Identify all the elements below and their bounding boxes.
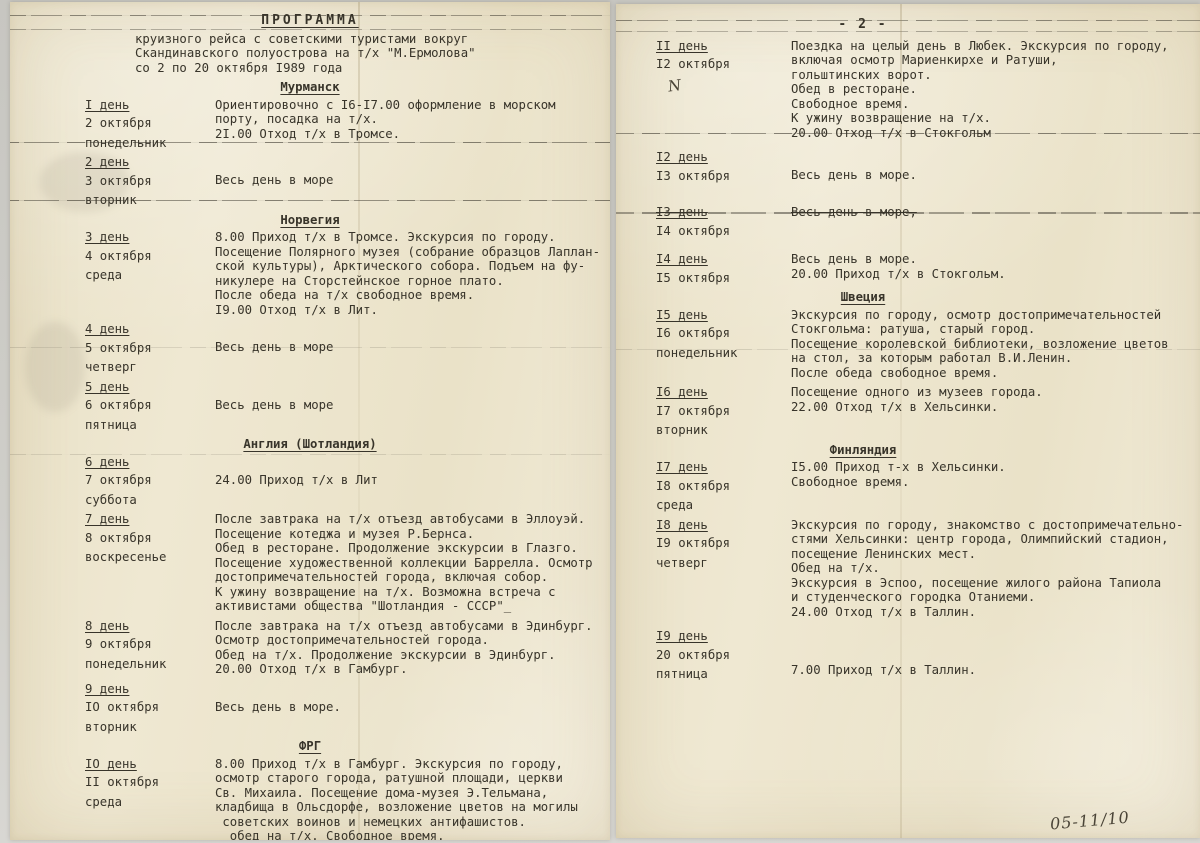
date-label: I4 октября: [656, 224, 791, 239]
date-label: 7 октября: [85, 473, 215, 488]
description-line: Обед в ресторане. Продолжение экскурсии …: [215, 541, 610, 556]
entry-dates: I4 деньI5 октября: [656, 252, 791, 285]
day-number: 3 день: [85, 230, 215, 245]
day-number: I8 день: [656, 518, 791, 533]
description-line: 8.00 Приход т/х в Тромсе. Экскурсия по г…: [215, 230, 610, 245]
day-description: Весь день в море: [215, 155, 610, 208]
day-description: Ориентировочно с I6-I7.00 оформление в м…: [215, 98, 610, 151]
weekday-label: вторник: [85, 720, 215, 735]
handwritten-mark: N: [667, 76, 693, 94]
date-label: 3 октября: [85, 174, 215, 189]
schedule-entry: 3 день4 октябрясреда8.00 Приход т/х в Тр…: [10, 230, 610, 317]
entry-dates: 2 день3 октябрявторник: [85, 155, 215, 208]
weekday-label: вторник: [85, 193, 215, 208]
weekday-label: пятница: [85, 418, 215, 433]
schedule-entry: 7 день8 октябрявоскресеньеПосле завтрака…: [10, 512, 610, 614]
description-line: Экскурсия в Эспоо, посещение жилого райо…: [791, 576, 1200, 591]
description-line: гольштинских ворот.: [791, 68, 1200, 83]
description-line: обед на т/х. Свободное время.: [215, 829, 610, 840]
date-label: I9 октября: [656, 536, 791, 551]
day-description: После завтрака на т/х отъезд автобусами …: [215, 512, 610, 614]
entry-dates: I7 деньI8 октябрясреда: [656, 460, 791, 513]
description-line: посещение Ленинских мест.: [791, 547, 1200, 562]
day-number: I2 день: [656, 150, 791, 165]
description-line: После обеда на т/х свободное время.: [215, 288, 610, 303]
day-number: 8 день: [85, 619, 215, 634]
subtitle-line: Скандинавского полуострова на т/х "М.Ерм…: [135, 46, 610, 61]
date-label: IO октября: [85, 700, 215, 715]
day-description: 8.00 Приход т/х в Гамбург. Экскурсия по …: [215, 757, 610, 841]
description-line: Посещение Полярного музея (собрание обра…: [215, 245, 610, 260]
description-line: 20.00 Отход т/х в Гамбург.: [215, 662, 610, 677]
entry-dates: 4 день5 октябрячетверг: [85, 322, 215, 375]
description-line: К ужину возвращение на т/х.: [791, 111, 1200, 126]
weekday-label: вторник: [656, 423, 791, 438]
day-description: Экскурсия по городу, осмотр достопримеча…: [791, 308, 1200, 381]
entry-dates: IO деньII октябрясреда: [85, 757, 215, 841]
description-line: порту, посадка на т/х.: [215, 112, 610, 127]
entry-dates: 8 день9 октябряпонедельник: [85, 619, 215, 677]
section-heading: Англия (Шотландия): [10, 437, 610, 452]
date-label: I2 октября: [656, 57, 791, 72]
description-line: Весь день в море.: [215, 700, 610, 715]
description-line: Весь день в море.: [791, 168, 1200, 183]
description-line: 24.00 Приход т/х в Лит: [215, 473, 610, 488]
weekday-label: понедельник: [85, 657, 215, 672]
day-number: IO день: [85, 757, 215, 772]
description-line: Весь день в море.: [791, 252, 1200, 267]
date-label: 9 октября: [85, 637, 215, 652]
day-number: 5 день: [85, 380, 215, 395]
entry-dates: I2 деньI3 октября: [656, 150, 791, 183]
day-description: 24.00 Приход т/х в Лит: [215, 455, 610, 508]
description-line: 22.00 Отход т/х в Хельсинки.: [791, 400, 1200, 415]
entry-dates: 6 день7 октябрясуббота: [85, 455, 215, 508]
description-line: Весь день в море: [215, 398, 610, 413]
entry-dates: I день2 октябряпонедельник: [85, 98, 215, 151]
description-line: I5.00 Приход т-х в Хельсинки.: [791, 460, 1200, 475]
description-line: Посещение королевской библиотеки, возлож…: [791, 337, 1200, 352]
description-line: После завтрака на т/х отъезд автобусами …: [215, 619, 610, 634]
weekday-label: среда: [656, 498, 791, 513]
date-label: 4 октября: [85, 249, 215, 264]
weekday-label: среда: [85, 268, 215, 283]
weekday-label: понедельник: [656, 346, 791, 361]
date-label: II октября: [85, 775, 215, 790]
day-number: I4 день: [656, 252, 791, 267]
description-line: никулере на Сторстейнское горное плато.: [215, 274, 610, 289]
description-line: ской культуры), Арктического собора. Под…: [215, 259, 610, 274]
date-label: 2 октября: [85, 116, 215, 131]
section-heading: ФРГ: [10, 739, 610, 754]
handwritten-code: 05-11/10: [1050, 810, 1131, 831]
day-description: Весь день в море.20.00 Приход т/х в Сток…: [791, 252, 1200, 285]
day-number: 6 день: [85, 455, 215, 470]
description-line: Посещение художественной коллекции Барре…: [215, 556, 610, 571]
description-line: и студенческого городка Отаниеми.: [791, 590, 1200, 605]
schedule-entry: 2 день3 октябрявторникВесь день в море: [10, 155, 610, 208]
day-description: После завтрака на т/х отъезд автобусами …: [215, 619, 610, 677]
weekday-label: четверг: [656, 556, 791, 571]
day-number: I9 день: [656, 629, 791, 644]
entry-dates: I6 деньI7 октябрявторник: [656, 385, 791, 438]
date-label: I7 октября: [656, 404, 791, 419]
document-subtitle: круизного рейса с советскими туристами в…: [10, 32, 610, 76]
description-line: кладбища в Ольсдорфе, возложение цветов …: [215, 800, 610, 815]
weekday-label: понедельник: [85, 136, 215, 151]
entry-dates: 7 день8 октябрявоскресенье: [85, 512, 215, 614]
entry-dates: I5 деньI6 октябряпонедельник: [656, 308, 791, 381]
description-line: Свободное время.: [791, 475, 1200, 490]
schedule-entry: I5 деньI6 октябряпонедельникЭкскурсия по…: [616, 308, 1200, 381]
description-line: включая осмотр Мариенкирхе и Ратуши,: [791, 53, 1200, 68]
date-label: I5 октября: [656, 271, 791, 286]
description-line: достопримечательностей города, включая с…: [215, 570, 610, 585]
section-heading: Мурманск: [10, 80, 610, 95]
description-line: 24.00 Отход т/х в Таллин.: [791, 605, 1200, 620]
weekday-label: воскресенье: [85, 550, 215, 565]
day-description: 7.00 Приход т/х в Таллин.: [791, 629, 1200, 682]
day-description: Посещение одного из музеев города.22.00 …: [791, 385, 1200, 438]
day-number: I6 день: [656, 385, 791, 400]
day-number: 4 день: [85, 322, 215, 337]
schedule-entry: 6 день7 октябрясуббота24.00 Приход т/х в…: [10, 455, 610, 508]
date-label: 5 октября: [85, 341, 215, 356]
schedule-entry: 5 день6 октябряпятницаВесь день в море: [10, 380, 610, 433]
entry-dates: I3 деньI4 октября: [656, 205, 791, 238]
description-line: Весь день в море: [215, 173, 610, 188]
entry-dates: I9 день20 октябряпятница: [656, 629, 791, 682]
date-label: 6 октября: [85, 398, 215, 413]
day-description: 8.00 Приход т/х в Тромсе. Экскурсия по г…: [215, 230, 610, 317]
weekday-label: среда: [85, 795, 215, 810]
entry-dates: 9 деньIO октябрявторник: [85, 682, 215, 735]
document-title: ПРОГРАММА: [10, 14, 610, 29]
schedule-entry: I день2 октябряпонедельникОриентировочно…: [10, 98, 610, 151]
description-line: I9.00 Отход т/х в Лит.: [215, 303, 610, 318]
description-line: осмотр старого города, ратушной площади,…: [215, 771, 610, 786]
day-number: I3 день: [656, 205, 791, 220]
subtitle-line: круизного рейса с советскими туристами в…: [135, 32, 610, 47]
section-heading: Швеция: [616, 290, 1200, 305]
day-description: I5.00 Приход т-х в Хельсинки.Свободное в…: [791, 460, 1200, 513]
description-line: Свободное время.: [791, 97, 1200, 112]
description-line: Посещение котеджа и музея Р.Бернса.: [215, 527, 610, 542]
date-label: I3 октября: [656, 169, 791, 184]
page-1: ПРОГРАММА круизного рейса с советскими т…: [10, 2, 610, 840]
subtitle-line: со 2 по 20 октября I989 года: [135, 61, 610, 76]
schedule-entry: I7 деньI8 октябрясредаI5.00 Приход т-х в…: [616, 460, 1200, 513]
date-label: 8 октября: [85, 531, 215, 546]
description-line: Обед в ресторане.: [791, 82, 1200, 97]
schedule-entry: 4 день5 октябрячетвергВесь день в море: [10, 322, 610, 375]
schedule-page1: МурманскI день2 октябряпонедельникОриент…: [10, 80, 610, 840]
schedule-entry: IO деньII октябрясреда8.00 Приход т/х в …: [10, 757, 610, 841]
section-heading: Финляндия: [616, 443, 1200, 458]
day-description: Весь день в море: [215, 380, 610, 433]
weekday-label: пятница: [656, 667, 791, 682]
description-line: 2I.00 Отход т/х в Тромсе.: [215, 127, 610, 142]
day-description: Поездка на целый день в Любек. Экскурсия…: [791, 39, 1200, 141]
description-line: Обед на т/х.: [791, 561, 1200, 576]
description-line: 7.00 Приход т/х в Таллин.: [791, 663, 1200, 678]
description-line: Осмотр достопримечательностей города.: [215, 633, 610, 648]
description-line: После завтрака на т/х отъезд автобусами …: [215, 512, 610, 527]
date-label: I6 октября: [656, 326, 791, 341]
description-line: советских воинов и немецких антифашистов…: [215, 815, 610, 830]
entry-dates: 5 день6 октябряпятница: [85, 380, 215, 433]
schedule-entry: II деньI2 октябряNПоездка на целый день …: [616, 39, 1200, 141]
schedule-entry: I9 день20 октябряпятница7.00 Приход т/х …: [616, 629, 1200, 682]
description-line: Экскурсия по городу, знакомство с достоп…: [791, 518, 1200, 533]
day-number: 2 день: [85, 155, 215, 170]
weekday-label: суббота: [85, 493, 215, 508]
schedule-entry: 8 день9 октябряпонедельникПосле завтрака…: [10, 619, 610, 677]
schedule-entry: I8 деньI9 октябрячетвергЭкскурсия по гор…: [616, 518, 1200, 620]
entry-dates: I8 деньI9 октябрячетверг: [656, 518, 791, 620]
date-label: 20 октября: [656, 648, 791, 663]
description-line: Весь день в море,: [791, 205, 1200, 220]
schedule-page2: II деньI2 октябряNПоездка на целый день …: [616, 39, 1200, 682]
description-line: Экскурсия по городу, осмотр достопримеча…: [791, 308, 1200, 323]
page-number: - 2 -: [616, 18, 1200, 33]
schedule-entry: I3 деньI4 октябряВесь день в море,: [616, 205, 1200, 238]
day-number: I7 день: [656, 460, 791, 475]
entry-dates: 3 день4 октябрясреда: [85, 230, 215, 317]
day-number: II день: [656, 39, 791, 54]
description-line: активистами общества "Шотландия - СССР"_: [215, 599, 610, 614]
schedule-entry: I6 деньI7 октябрявторникПосещение одного…: [616, 385, 1200, 438]
day-description: Весь день в море.: [215, 682, 610, 735]
scanned-document: { "colors": { "paper": "#ece4cb", "text"…: [0, 0, 1200, 843]
description-line: К ужину возвращение на т/х. Возможна вст…: [215, 585, 610, 600]
description-line: Ориентировочно с I6-I7.00 оформление в м…: [215, 98, 610, 113]
description-line: Стокгольма: ратуша, старый город.: [791, 322, 1200, 337]
section-heading: Норвегия: [10, 213, 610, 228]
description-line: 20.00 Приход т/х в Стокгольм.: [791, 267, 1200, 282]
day-number: I день: [85, 98, 215, 113]
description-line: Обед на т/х. Продолжение экскурсии в Эди…: [215, 648, 610, 663]
page-2: - 2 - II деньI2 октябряNПоездка на целый…: [616, 4, 1200, 838]
description-line: 20.00 Отход т/х в Стокгольм: [791, 126, 1200, 141]
entry-dates: II деньI2 октябряN: [656, 39, 791, 141]
day-number: I5 день: [656, 308, 791, 323]
day-number: 9 день: [85, 682, 215, 697]
day-description: Весь день в море.: [791, 150, 1200, 183]
description-line: После обеда свободное время.: [791, 366, 1200, 381]
description-line: на стол, за которым работал В.И.Ленин.: [791, 351, 1200, 366]
description-line: Поездка на целый день в Любек. Экскурсия…: [791, 39, 1200, 54]
description-line: Св. Михаила. Посещение дома-музея Э.Тель…: [215, 786, 610, 801]
schedule-entry: I2 деньI3 октябряВесь день в море.: [616, 150, 1200, 183]
day-description: Экскурсия по городу, знакомство с достоп…: [791, 518, 1200, 620]
day-description: Весь день в море,: [791, 205, 1200, 238]
description-line: Посещение одного из музеев города.: [791, 385, 1200, 400]
schedule-entry: I4 деньI5 октябряВесь день в море.20.00 …: [616, 252, 1200, 285]
description-line: 8.00 Приход т/х в Гамбург. Экскурсия по …: [215, 757, 610, 772]
weekday-label: четверг: [85, 360, 215, 375]
day-description: Весь день в море: [215, 322, 610, 375]
day-number: 7 день: [85, 512, 215, 527]
description-line: Весь день в море: [215, 340, 610, 355]
date-label: I8 октября: [656, 479, 791, 494]
schedule-entry: 9 деньIO октябрявторникВесь день в море.: [10, 682, 610, 735]
description-line: стями Хельсинки: центр города, Олимпийск…: [791, 532, 1200, 547]
